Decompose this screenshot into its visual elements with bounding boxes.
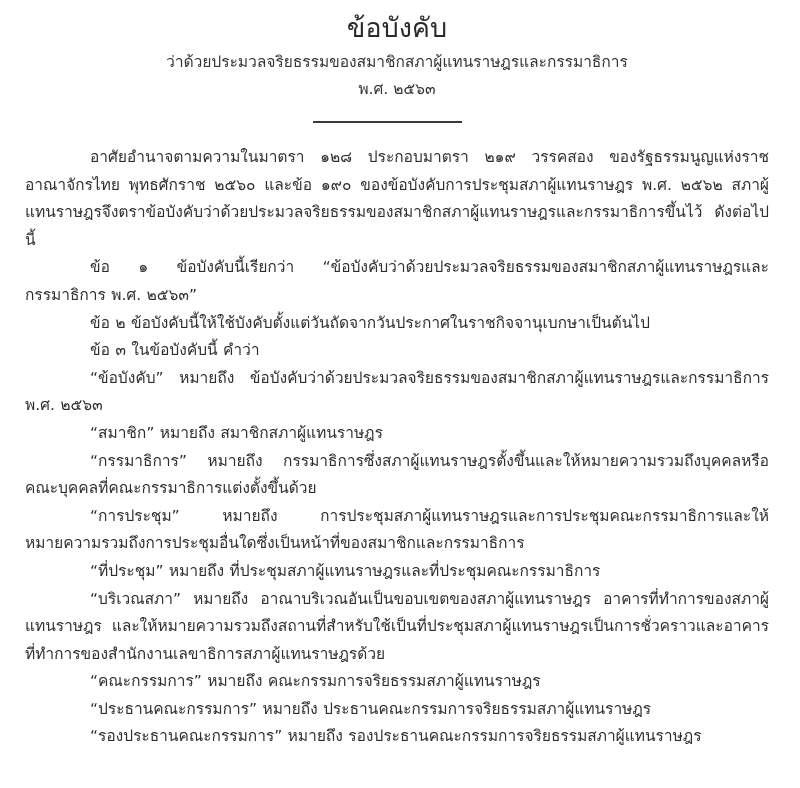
definition-committee: “คณะกรรมการ” หมายถึง คณะกรรมการจริยธรรมส… bbox=[25, 668, 769, 696]
definition-member: “สมาชิก” หมายถึง สมาชิกสภาผู้แทนราษฎร bbox=[25, 420, 769, 448]
definition-regulation: “ข้อบังคับ” หมายถึง ข้อบังคับว่าด้วยประม… bbox=[25, 365, 769, 420]
definition-committee-member: “กรรมาธิการ” หมายถึง กรรมาธิการซึ่งสภาผู… bbox=[25, 448, 769, 503]
definition-meeting: “การประชุม” หมายถึง การประชุมสภาผู้แทนรา… bbox=[25, 503, 769, 558]
clause-1-paragraph: ข้อ ๑ ข้อบังคับนี้เรียกว่า “ข้อบังคับว่า… bbox=[25, 254, 769, 309]
definition-committee-chair: “ประธานคณะกรรมการ” หมายถึง ประธานคณะกรรม… bbox=[25, 696, 769, 724]
document-title: ข้อบังคับ bbox=[25, 0, 769, 46]
document-year: พ.ศ. ๒๕๖๓ bbox=[25, 77, 769, 101]
clause-2-paragraph: ข้อ ๒ ข้อบังคับนี้ให้ใช้บังคับตั้งแต่วัน… bbox=[25, 310, 769, 338]
title-divider bbox=[313, 121, 462, 123]
clause-3-paragraph: ข้อ ๓ ในข้อบังคับนี้ คำว่า bbox=[25, 337, 769, 365]
preamble-paragraph: อาศัยอำนาจตามความในมาตรา ๑๒๘ ประกอบมาตรา… bbox=[25, 144, 769, 254]
document-page: ข้อบังคับ ว่าด้วยประมวลจริยธรรมของสมาชิก… bbox=[25, 0, 769, 101]
definition-committee-vice-chair: “รองประธานคณะกรรมการ” หมายถึง รองประธานค… bbox=[25, 723, 769, 751]
document-body: อาศัยอำนาจตามความในมาตรา ๑๒๘ ประกอบมาตรา… bbox=[25, 144, 769, 751]
definition-meeting-place: “ที่ประชุม” หมายถึง ที่ประชุมสภาผู้แทนรา… bbox=[25, 558, 769, 586]
definition-parliament-area: “บริเวณสภา” หมายถึง อาณาบริเวณอันเป็นขอบ… bbox=[25, 586, 769, 669]
document-subtitle: ว่าด้วยประมวลจริยธรรมของสมาชิกสภาผู้แทนร… bbox=[25, 50, 769, 74]
